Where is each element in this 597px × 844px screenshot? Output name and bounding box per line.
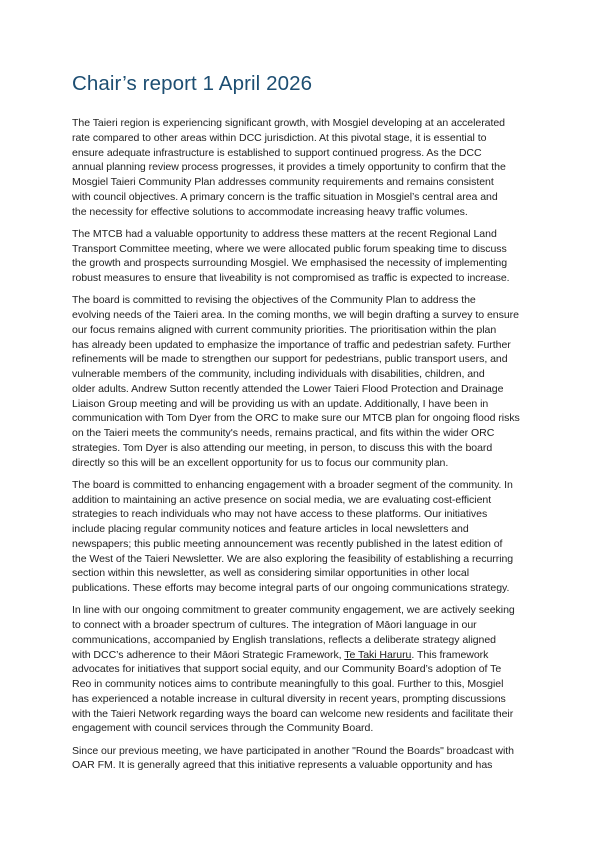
text-segment: . This framework	[411, 649, 488, 661]
paragraph-growth: The Taieri region is experiencing signif…	[72, 116, 532, 219]
text-line: section within this newsletter, as well …	[72, 566, 532, 581]
text-line: publications. These efforts may become i…	[72, 581, 532, 596]
text-line: to connect with a broader spectrum of cu…	[72, 618, 532, 633]
text-line: the growth and prospects surrounding Mos…	[72, 256, 532, 271]
text-line: communication with Tom Dyer from the ORC…	[72, 411, 532, 426]
paragraph-transport-committee: The MTCB had a valuable opportunity to a…	[72, 227, 532, 286]
text-line: Transport Committee meeting, where we we…	[72, 242, 532, 257]
text-line: The Taieri region is experiencing signif…	[72, 116, 532, 131]
text-line: vulnerable members of the community, inc…	[72, 367, 532, 382]
report-body: The Taieri region is experiencing signif…	[72, 116, 532, 781]
text-line: engagement with council services through…	[72, 721, 532, 736]
text-line: communications, accompanied by English t…	[72, 633, 532, 648]
paragraph-engagement: The board is committed to enhancing enga…	[72, 478, 532, 596]
text-line: refinements will be made to strengthen o…	[72, 352, 532, 367]
text-line: has experienced a notable increase in cu…	[72, 692, 532, 707]
text-line: The MTCB had a valuable opportunity to a…	[72, 227, 532, 242]
text-segment: with DCC’s adherence to their Māori Stra…	[72, 649, 344, 661]
text-line: strategies. Tom Dyer is also attending o…	[72, 441, 532, 456]
text-line: addition to maintaining an active presen…	[72, 493, 532, 508]
text-line: strategies to reach individuals who may …	[72, 507, 532, 522]
text-line: ensure adequate infrastructure is establ…	[72, 146, 532, 161]
text-line: evolving needs of the Taieri area. In th…	[72, 308, 532, 323]
text-line: include placing regular community notice…	[72, 522, 532, 537]
text-line: newspapers; this public meeting announce…	[72, 537, 532, 552]
text-line: the West of the Taieri Newsletter. We ar…	[72, 552, 532, 567]
page-title: Chair’s report 1 April 2026	[72, 70, 312, 98]
text-line: older adults. Andrew Sutton recently att…	[72, 382, 532, 397]
text-line: on the Taieri meets the community's need…	[72, 426, 532, 441]
paragraph-cultural-diversity: In line with our ongoing commitment to g…	[72, 603, 532, 736]
text-line: the necessity for effective solutions to…	[72, 205, 532, 220]
text-line: advocates for initiatives that support s…	[72, 662, 532, 677]
text-line: The board is committed to revising the o…	[72, 293, 532, 308]
text-line: Liaison Group meeting and will be provid…	[72, 397, 532, 412]
text-line: In line with our ongoing commitment to g…	[72, 603, 532, 618]
document-page: Chair’s report 1 April 2026 The Taieri r…	[0, 0, 597, 844]
text-line: Mosgiel Taieri Community Plan addresses …	[72, 175, 532, 190]
text-line: robust measures to ensure that liveabili…	[72, 271, 532, 286]
text-line: Reo in community notices aims to contrib…	[72, 677, 532, 692]
text-line: rate compared to other areas within DCC …	[72, 131, 532, 146]
text-line: The board is committed to enhancing enga…	[72, 478, 532, 493]
text-line: has already been updated to emphasize th…	[72, 338, 532, 353]
text-line: our focus remains aligned with current c…	[72, 323, 532, 338]
text-line: directly so this will be an excellent op…	[72, 456, 532, 471]
paragraph-community-plan: The board is committed to revising the o…	[72, 293, 532, 470]
text-line: annual planning review process progresse…	[72, 160, 532, 175]
text-line: with the Taieri Network regarding ways t…	[72, 707, 532, 722]
text-line-with-link: with DCC’s adherence to their Māori Stra…	[72, 648, 532, 663]
text-line: Since our previous meeting, we have part…	[72, 744, 532, 759]
text-line: with council objectives. A primary conce…	[72, 190, 532, 205]
te-taki-haruru-link[interactable]: Te Taki Haruru	[344, 649, 411, 661]
paragraph-round-the-boards: Since our previous meeting, we have part…	[72, 744, 532, 774]
text-line: OAR FM. It is generally agreed that this…	[72, 758, 532, 773]
